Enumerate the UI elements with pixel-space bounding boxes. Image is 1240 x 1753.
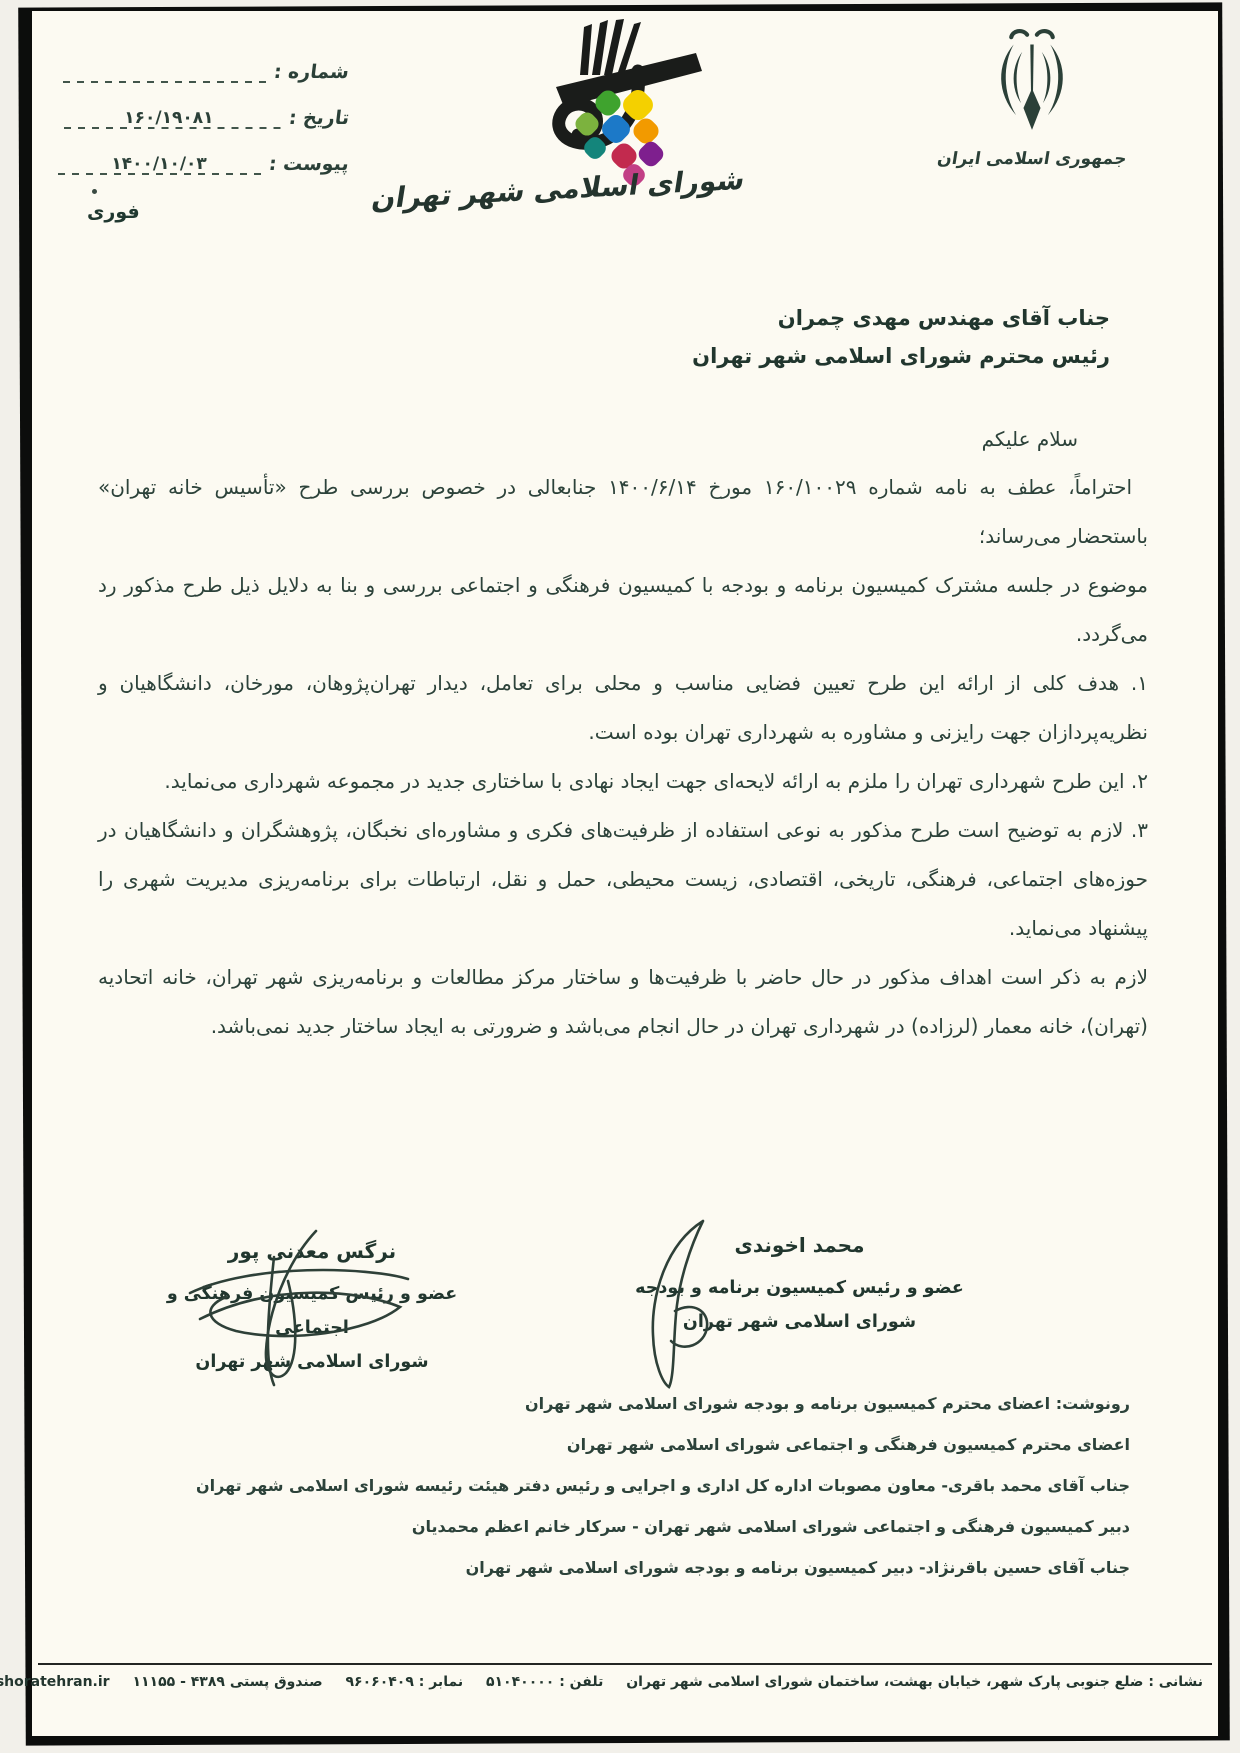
recipient-title: رئیس محترم شورای اسلامی شهر تهران	[692, 337, 1110, 375]
signer-title-2: شورای اسلامی شهر تهران	[627, 1305, 972, 1339]
footer-pobox: صندوق پستی ۴۳۸۹ - ۱۱۱۵۵	[132, 1674, 322, 1690]
body-paragraph-1: احتراماً، عطف به نامه شماره ۱۶۰/۱۰۰۲۹ مو…	[98, 463, 1148, 561]
body-item-1: ۱. هدف کلی از ارائه این طرح تعیین فضایی …	[98, 659, 1148, 757]
field-date-value: ۱۶۰/۱۹۰۸۱	[120, 108, 217, 128]
cc-line: اعضای محترم کمیسیون فرهنگی و اجتماعی شور…	[112, 1424, 1130, 1465]
field-number-line	[57, 59, 266, 83]
recipient-name: جناب آقای مهندس مهدی چمران	[692, 299, 1110, 337]
cc-line: جناب آقای محمد باقری- معاون مصوبات اداره…	[112, 1465, 1130, 1506]
body-item-3: ۳. لازم به توضیح است طرح مذکور به نوعی ا…	[98, 806, 1148, 953]
letter-footer: نشانی : ضلع جنوبی پارک شهر، خیابان بهشت،…	[38, 1663, 1212, 1690]
field-date-line: ۱۶۰/۱۹۰۸۱	[57, 105, 281, 129]
letter-body: احتراماً، عطف به نامه شماره ۱۶۰/۱۰۰۲۹ مو…	[98, 463, 1148, 1051]
signer-title-1: عضو و رئیس کمیسیون فرهنگی و اجتماعی	[142, 1277, 482, 1345]
footer-url: www.shoratehran.ir	[0, 1674, 110, 1690]
footer-phone: تلفن : ۵۱۰۴۰۰۰۰	[486, 1674, 603, 1690]
iran-emblem: جمهوری اسلامی ایران	[912, 25, 1152, 169]
council-logo: شورای اسلامی شهر تهران	[430, 17, 745, 204]
signer-name: نرگس معدنی پور	[142, 1239, 482, 1263]
letter-page: شماره : تاریخ : ۱۶۰/۱۹۰۸۱ پیوست : ۱۴۰۰/۱…	[32, 11, 1218, 1736]
urgent-stamp: فوری	[87, 201, 140, 223]
field-attachment-value: ۱۴۰۰/۱۰/۰۳	[107, 154, 210, 174]
cc-list: رونوشت: اعضای محترم کمیسیون برنامه و بود…	[112, 1383, 1130, 1588]
signature-block-madanipour: نرگس معدنی پور عضو و رئیس کمیسیون فرهنگی…	[142, 1239, 482, 1379]
signer-name: محمد اخوندی	[627, 1233, 972, 1257]
signer-title-2: شورای اسلامی شهر تهران	[142, 1345, 482, 1379]
body-closing: لازم به ذکر است اهداف مذکور در حال حاضر …	[98, 953, 1148, 1051]
body-item-2: ۲. این طرح شهرداری تهران را ملزم به ارائ…	[98, 757, 1148, 806]
field-date-label: تاریخ :	[279, 107, 350, 129]
iran-emblem-icon	[957, 25, 1107, 147]
emblem-caption: جمهوری اسلامی ایران	[910, 149, 1153, 169]
field-date: تاریخ : ۱۶۰/۱۹۰۸۱	[57, 83, 349, 129]
footer-fax: نمابر : ۹۶۰۶۰۴۰۹	[346, 1674, 464, 1690]
field-attachment: پیوست : ۱۴۰۰/۱۰/۰۳	[57, 129, 349, 175]
body-paragraph-2: موضوع در جلسه مشترک کمیسیون برنامه و بود…	[98, 561, 1148, 659]
recipient-block: جناب آقای مهندس مهدی چمران رئیس محترم شو…	[692, 299, 1110, 375]
field-attachment-label: پیوست :	[260, 153, 351, 175]
signature-block-akhundi: محمد اخوندی عضو و رئیس کمیسیون برنامه و …	[627, 1233, 972, 1339]
cc-line: رونوشت: اعضای محترم کمیسیون برنامه و بود…	[112, 1383, 1130, 1424]
letterhead-fields: شماره : تاریخ : ۱۶۰/۱۹۰۸۱ پیوست : ۱۴۰۰/۱…	[57, 37, 349, 175]
cc-line: دبیر کمیسیون فرهنگی و اجتماعی شورای اسلا…	[112, 1506, 1130, 1547]
cc-line: جناب آقای حسین باقرنژاد- دبیر کمیسیون بر…	[112, 1547, 1130, 1588]
scan-speck	[92, 189, 97, 194]
footer-address: نشانی : ضلع جنوبی پارک شهر، خیابان بهشت،…	[626, 1674, 1203, 1690]
signer-title-1: عضو و رئیس کمیسیون برنامه و بودجه	[627, 1271, 972, 1305]
field-number: شماره :	[57, 37, 349, 83]
field-attachment-line: ۱۴۰۰/۱۰/۰۳	[57, 151, 261, 175]
field-number-label: شماره :	[265, 61, 351, 83]
salutation: سلام علیکم	[982, 427, 1078, 451]
